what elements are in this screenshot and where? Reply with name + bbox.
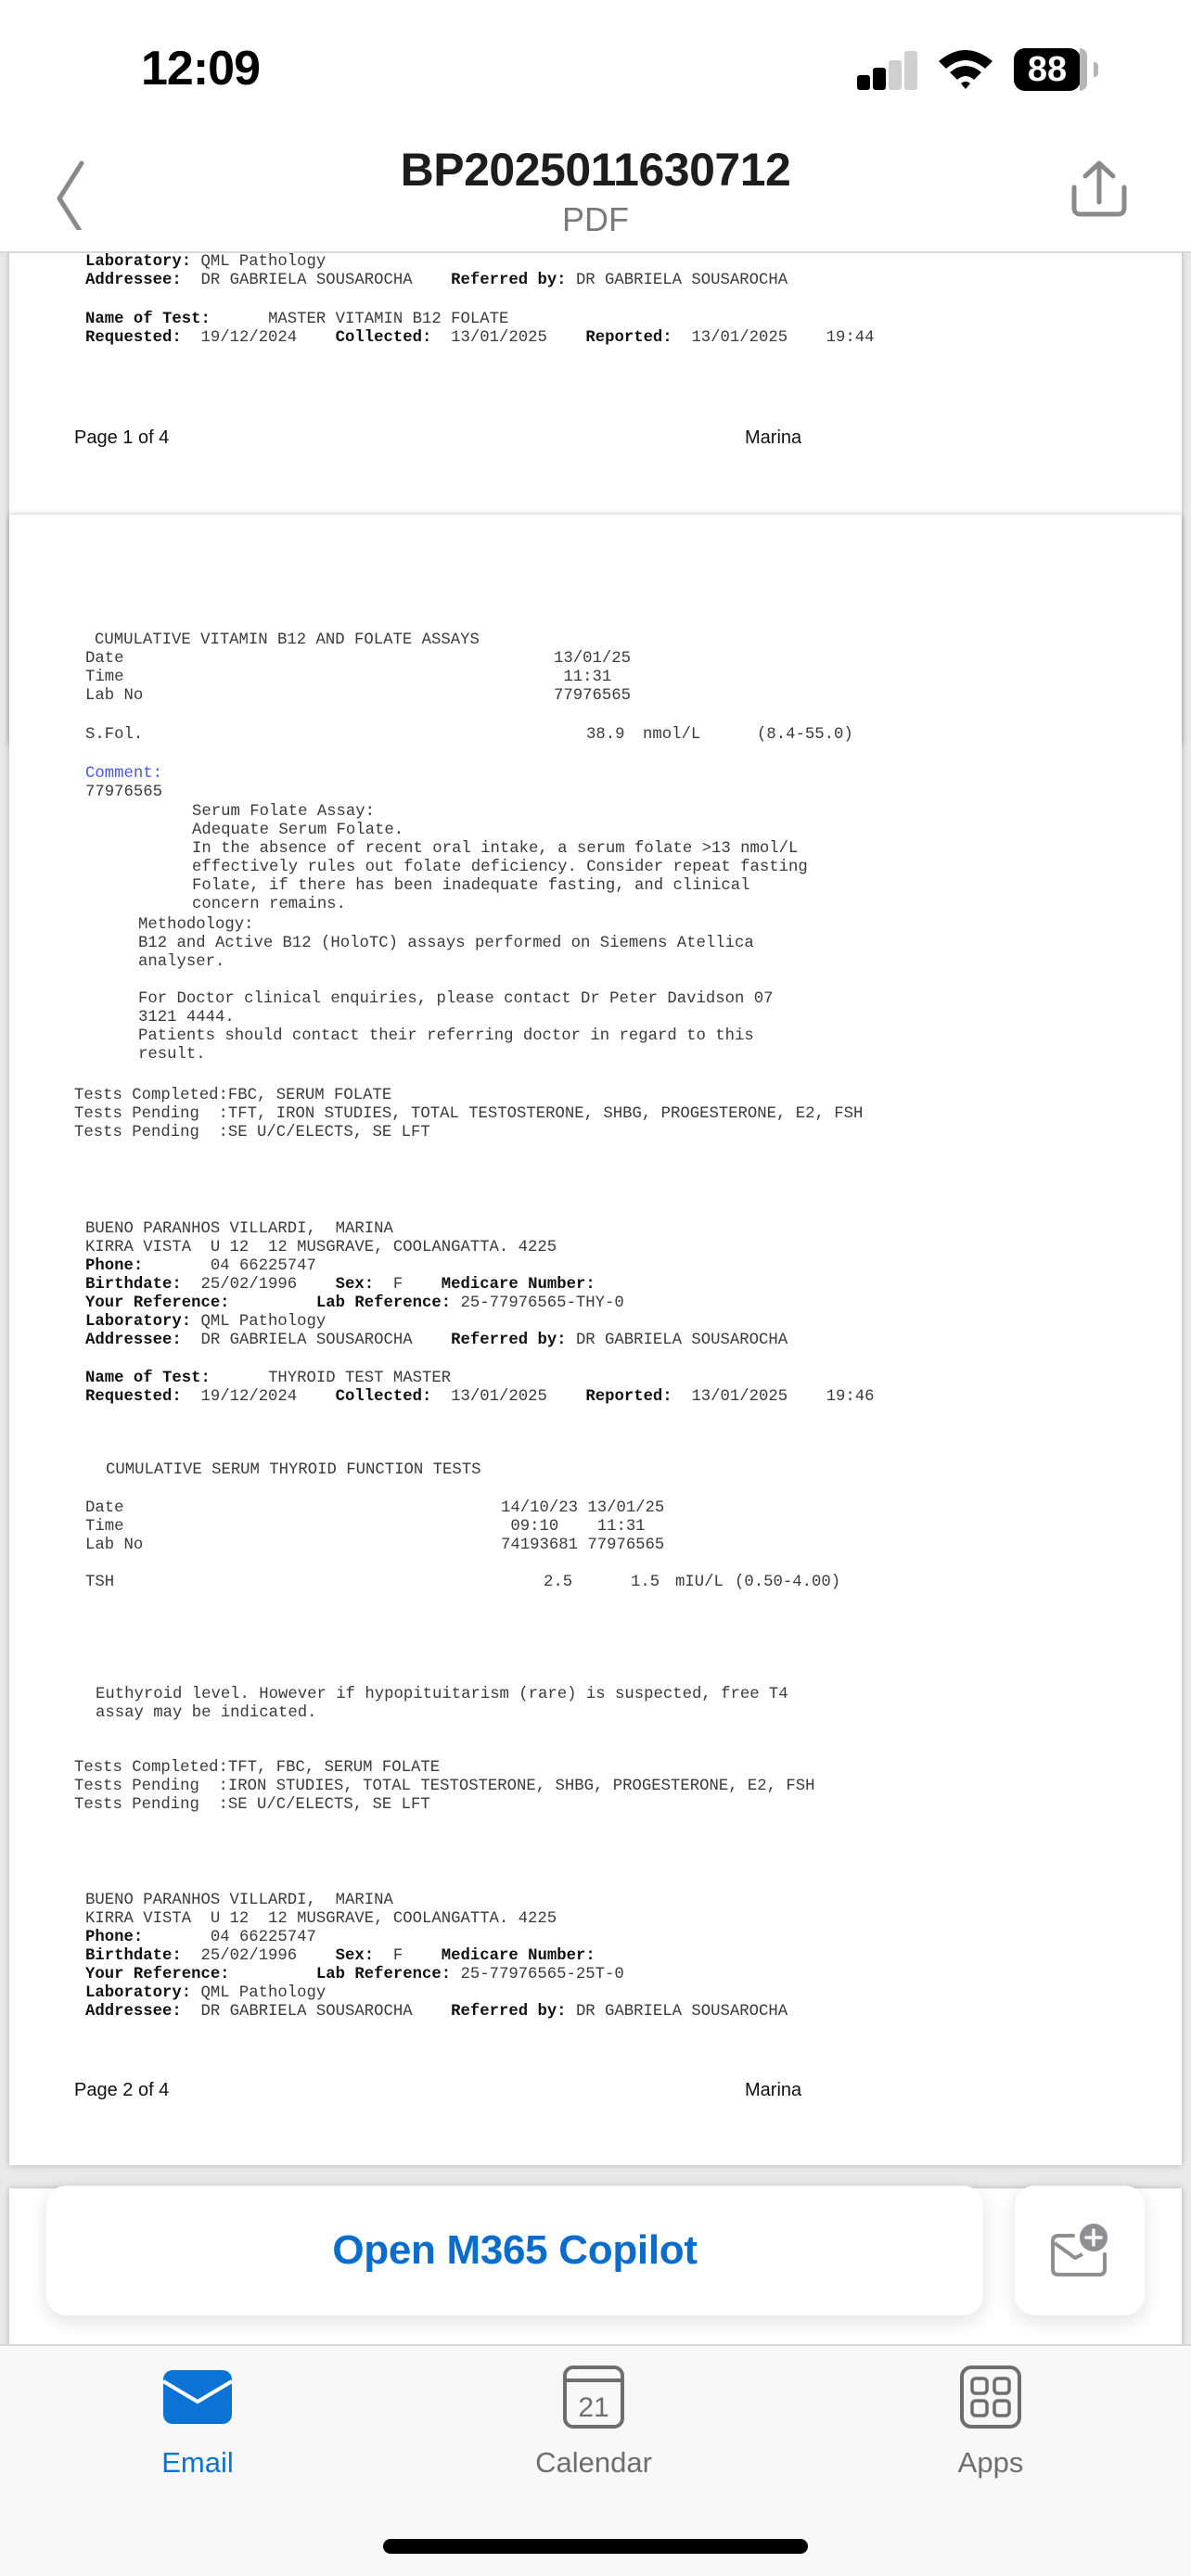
tests-status-1: Tests Completed:FBC, SERUM FOLATE Tests …	[74, 1087, 863, 1142]
status-bar: 12:09 88	[0, 0, 1191, 130]
patient-address: KIRRA VISTA U 12 12 MUSGRAVE, COOLANGATT…	[85, 1910, 557, 1929]
addressee-line: Addressee: DR GABRIELA SOUSAROCHA Referr…	[85, 272, 788, 290]
addressee-line: Addressee: DR GABRIELA SOUSAROCHA Referr…	[85, 1332, 788, 1350]
page-footer-name: Marina	[745, 2080, 801, 2101]
name-of-test-line: Name of Test: THYROID TEST MASTER	[85, 1370, 451, 1388]
battery-level-remainder	[1080, 48, 1087, 91]
reference-line: Your Reference: Lab Reference: 25-779765…	[85, 1294, 624, 1313]
folate-time-value: 11:31	[554, 669, 611, 687]
phone-line: Phone: 04 66225747	[85, 1257, 316, 1276]
thyroid-date-values: 14/10/23 13/01/25	[501, 1499, 664, 1518]
methodology-text: Methodology: B12 and Active B12 (HoloTC)…	[138, 916, 773, 1065]
folate-test-name: S.Fol.	[85, 726, 143, 745]
folate-date-value: 13/01/25	[554, 650, 631, 669]
addressee-line: Addressee: DR GABRIELA SOUSAROCHA Referr…	[85, 2003, 788, 2021]
tsh-reference-range: (0.50-4.00)	[735, 1574, 840, 1592]
cellular-signal-icon	[857, 51, 918, 90]
tab-calendar[interactable]: 21 Calendar	[501, 2365, 686, 2494]
tab-email[interactable]: Email	[105, 2365, 290, 2494]
battery-indicator: 88	[1014, 48, 1081, 91]
folate-heading: CUMULATIVE VITAMIN B12 AND FOLATE ASSAYS	[95, 631, 480, 650]
reference-line: Your Reference: Lab Reference: 25-779765…	[85, 1966, 624, 1984]
nav-bar: BP2025011630712 PDF	[0, 130, 1191, 253]
laboratory-line: Laboratory: QML Pathology	[85, 1984, 326, 2003]
patient-address: KIRRA VISTA U 12 12 MUSGRAVE, COOLANGATT…	[85, 1239, 557, 1257]
new-mail-icon	[1049, 2223, 1110, 2278]
comment-label: Comment:	[85, 765, 162, 784]
comment-ref: 77976565	[85, 784, 162, 802]
patient-name: BUENO PARANHOS VILLARDI, MARINA	[85, 1220, 393, 1239]
folate-result-unit: nmol/L	[643, 726, 700, 745]
thyroid-comment: Euthyroid level. However if hypopituitar…	[96, 1686, 788, 1723]
pdf-page-2: CUMULATIVE VITAMIN B12 AND FOLATE ASSAYS…	[9, 515, 1182, 2165]
tsh-test-name: TSH	[85, 1574, 114, 1592]
thyroid-labno-values: 74193681 77976565	[501, 1537, 664, 1555]
folate-time-label: Time	[85, 669, 123, 687]
calendar-icon: 21	[563, 2366, 624, 2429]
laboratory-line: Laboratory: QML Pathology	[85, 253, 326, 272]
folate-date-label: Date	[85, 650, 123, 669]
tsh-unit: mIU/L	[675, 1574, 724, 1592]
copilot-button-label: Open M365 Copilot	[332, 2227, 697, 2274]
folate-labno-value: 77976565	[554, 687, 631, 706]
laboratory-line: Laboratory: QML Pathology	[85, 1313, 326, 1332]
dates-line: Requested: 19/12/2024 Collected: 13/01/2…	[85, 1388, 875, 1407]
status-time: 12:09	[141, 41, 260, 96]
thyroid-time-values: 09:10 11:31	[501, 1518, 646, 1537]
dates-line: Requested: 19/12/2024 Collected: 13/01/2…	[85, 329, 875, 348]
thyroid-time-label: Time	[85, 1518, 123, 1537]
share-icon	[1067, 156, 1132, 221]
phone-line: Phone: 04 66225747	[85, 1929, 316, 1947]
folate-reference-range: (8.4-55.0)	[757, 726, 853, 745]
mail-icon	[163, 2370, 232, 2424]
tab-label: Apps	[958, 2446, 1024, 2480]
folate-comment: Serum Folate Assay: Adequate Serum Folat…	[192, 803, 808, 914]
tab-apps[interactable]: Apps	[898, 2365, 1083, 2494]
svg-text:21: 21	[578, 2392, 608, 2423]
document-title: BP2025011630712	[0, 143, 1191, 197]
tab-label: Email	[161, 2446, 234, 2480]
thyroid-date-label: Date	[85, 1499, 123, 1518]
home-indicator[interactable]	[383, 2539, 808, 2554]
birthdate-line: Birthdate: 25/02/1996 Sex: F Medicare Nu…	[85, 1947, 595, 1966]
open-copilot-button[interactable]: Open M365 Copilot	[46, 2186, 983, 2315]
tests-status-2: Tests Completed:TFT, FBC, SERUM FOLATE T…	[74, 1759, 815, 1815]
battery-nub	[1094, 62, 1098, 77]
document-type: PDF	[0, 200, 1191, 239]
thyroid-heading: CUMULATIVE SERUM THYROID FUNCTION TESTS	[106, 1461, 480, 1480]
birthdate-line: Birthdate: 25/02/1996 Sex: F Medicare Nu…	[85, 1276, 595, 1294]
share-button[interactable]	[1067, 156, 1132, 221]
pdf-viewer[interactable]: Laboratory: QML Pathology Addressee: DR …	[0, 253, 1191, 2344]
tab-label: Calendar	[535, 2446, 652, 2480]
compose-mail-button[interactable]	[1015, 2186, 1145, 2315]
folate-labno-label: Lab No	[85, 687, 143, 706]
page-number: Page 1 of 4	[74, 427, 169, 449]
thyroid-labno-label: Lab No	[85, 1537, 143, 1555]
name-of-test-line: Name of Test: MASTER VITAMIN B12 FOLATE	[85, 311, 508, 329]
folate-result-value: 38.9	[586, 726, 624, 745]
tsh-value-2: 1.5	[631, 1574, 660, 1592]
page-number: Page 2 of 4	[74, 2080, 169, 2101]
apps-grid-icon	[960, 2366, 1021, 2429]
wifi-icon	[937, 46, 994, 89]
tsh-value-1: 2.5	[544, 1574, 572, 1592]
patient-name: BUENO PARANHOS VILLARDI, MARINA	[85, 1892, 393, 1910]
page-footer-name: Marina	[745, 427, 801, 449]
